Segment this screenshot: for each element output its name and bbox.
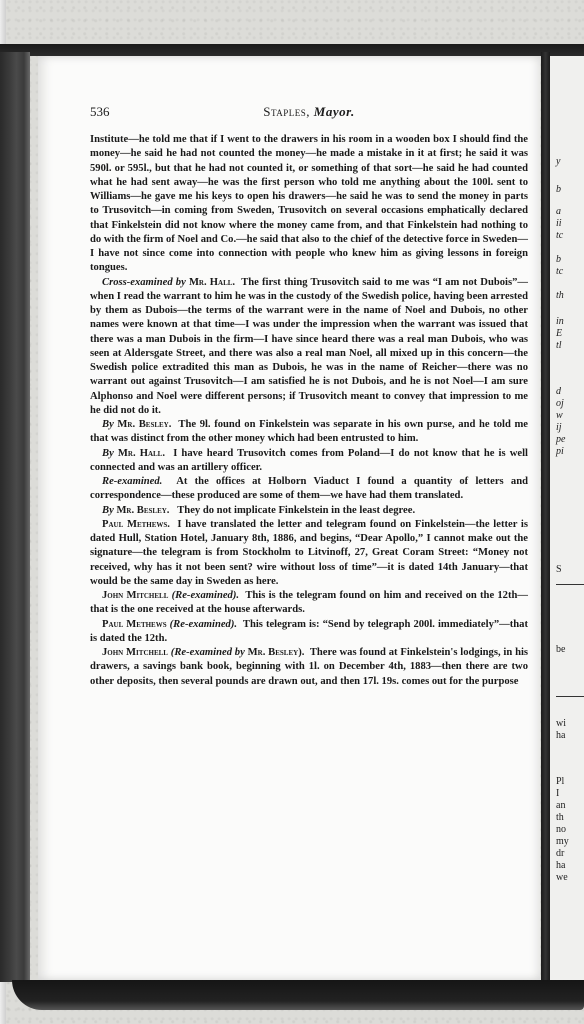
paragraph: Re-examined. At the offices at Holborn V… [90, 475, 528, 504]
paragraph: Paul Methews. I have translated the lett… [90, 518, 528, 589]
speaker-name: Mr. Besley. [117, 419, 171, 430]
adjacent-page-fragment: I [556, 788, 559, 800]
witness-name: John Mitchell [102, 590, 168, 601]
book-bottom-shadow [12, 980, 584, 1010]
adjacent-page-fragment: oj [556, 398, 564, 410]
adjacent-page-fragment: pe [556, 434, 565, 446]
paragraph: John Mitchell (Re-examined by Mr. Besley… [90, 646, 528, 689]
adjacent-page-fragment: tl [556, 340, 562, 352]
adjacent-page-fragment: S [556, 564, 562, 576]
adjacent-page-fragment: d [556, 386, 561, 398]
paragraph-text: They do not implicate Finkelstein in the… [177, 505, 415, 516]
book-gutter [541, 52, 550, 982]
paragraph: Paul Methews (Re-examined). This telegra… [90, 618, 528, 647]
witness-name: Paul Methews [102, 619, 167, 630]
running-title: Staples, Mayor. [90, 104, 528, 120]
adjacent-page-rule [556, 696, 584, 697]
speaker-name: Mr. Hall. [189, 277, 235, 288]
running-title-name: Staples, [263, 104, 310, 119]
page-header: 536 Staples, Mayor. [90, 104, 528, 124]
examination-label: (Re-examined by [171, 647, 245, 658]
paragraph: By Mr. Besley. They do not implicate Fin… [90, 504, 528, 518]
adjacent-page-fragment: ha [556, 860, 565, 872]
page-body: Institute—he told me that if I went to t… [90, 133, 528, 689]
speaker-name: Mr. Hall. [118, 448, 165, 459]
paragraph: Cross-examined by Mr. Hall. The first th… [90, 276, 528, 419]
speaker-name: Mr. Besley [248, 647, 299, 658]
adjacent-page-fragment: ij [556, 422, 562, 434]
speaker-name: Mr. Besley. [116, 505, 169, 516]
adjacent-page-fragment: pi [556, 446, 564, 458]
adjacent-page-fragment: no [556, 824, 566, 836]
adjacent-page-fragment: in [556, 316, 564, 328]
paragraph: Institute—he told me that if I went to t… [90, 133, 528, 276]
paragraph: By Mr. Hall. I have heard Trusovitch com… [90, 447, 528, 476]
adjacent-page-fragment: ii [556, 218, 562, 230]
adjacent-page-fragment: th [556, 812, 564, 824]
adjacent-page-fragment: b [556, 184, 561, 196]
paragraph: John Mitchell (Re-examined). This is the… [90, 589, 528, 618]
adjacent-page-fragment: E [556, 328, 562, 340]
witness-name: John Mitchell [102, 647, 168, 658]
examination-label: (Re-examined). [172, 590, 239, 601]
paragraph: By Mr. Besley. The 9l. found on Finkelst… [90, 418, 528, 447]
adjacent-page-rule [556, 584, 584, 585]
adjacent-page-fragment: we [556, 872, 568, 884]
examination-label: By [102, 505, 114, 516]
examination-label: By [102, 448, 114, 459]
paragraph-text: The first thing Trusovitch said to me wa… [90, 277, 528, 416]
adjacent-page-fragment: ha [556, 730, 565, 742]
adjacent-page-fragment: my [556, 836, 569, 848]
running-title-office: Mayor. [314, 104, 355, 119]
book-top-shadow [0, 44, 584, 56]
adjacent-page-fragment: b [556, 254, 561, 266]
examination-label: By [102, 419, 114, 430]
adjacent-page-fragment: Pl [556, 776, 564, 788]
adjacent-page-fragment: th [556, 290, 564, 302]
examination-label: Re-examined. [102, 476, 162, 487]
examination-label: Cross-examined by [102, 277, 186, 288]
examination-label: (Re-examined). [170, 619, 237, 630]
adjacent-page-fragment: be [556, 644, 565, 656]
adjacent-page-fragment: y [556, 156, 560, 168]
adjacent-page-fragment: an [556, 800, 565, 812]
adjacent-page-fragment: tc [556, 230, 563, 242]
paren-close: ). [298, 647, 304, 658]
adjacent-page-fragment: a [556, 206, 561, 218]
witness-name: Paul Methews. [102, 519, 170, 530]
book-left-edge [0, 52, 30, 982]
paragraph-text: Institute—he told me that if I went to t… [90, 134, 528, 273]
adjacent-page-fragment: tc [556, 266, 563, 278]
adjacent-page-fragment: wi [556, 718, 566, 730]
adjacent-page: ybaiitcbtcthinEtldojwijpepiSbewihaPlIant… [550, 56, 584, 980]
adjacent-page-fragment: w [556, 410, 563, 422]
adjacent-page-fragment: dr [556, 848, 564, 860]
